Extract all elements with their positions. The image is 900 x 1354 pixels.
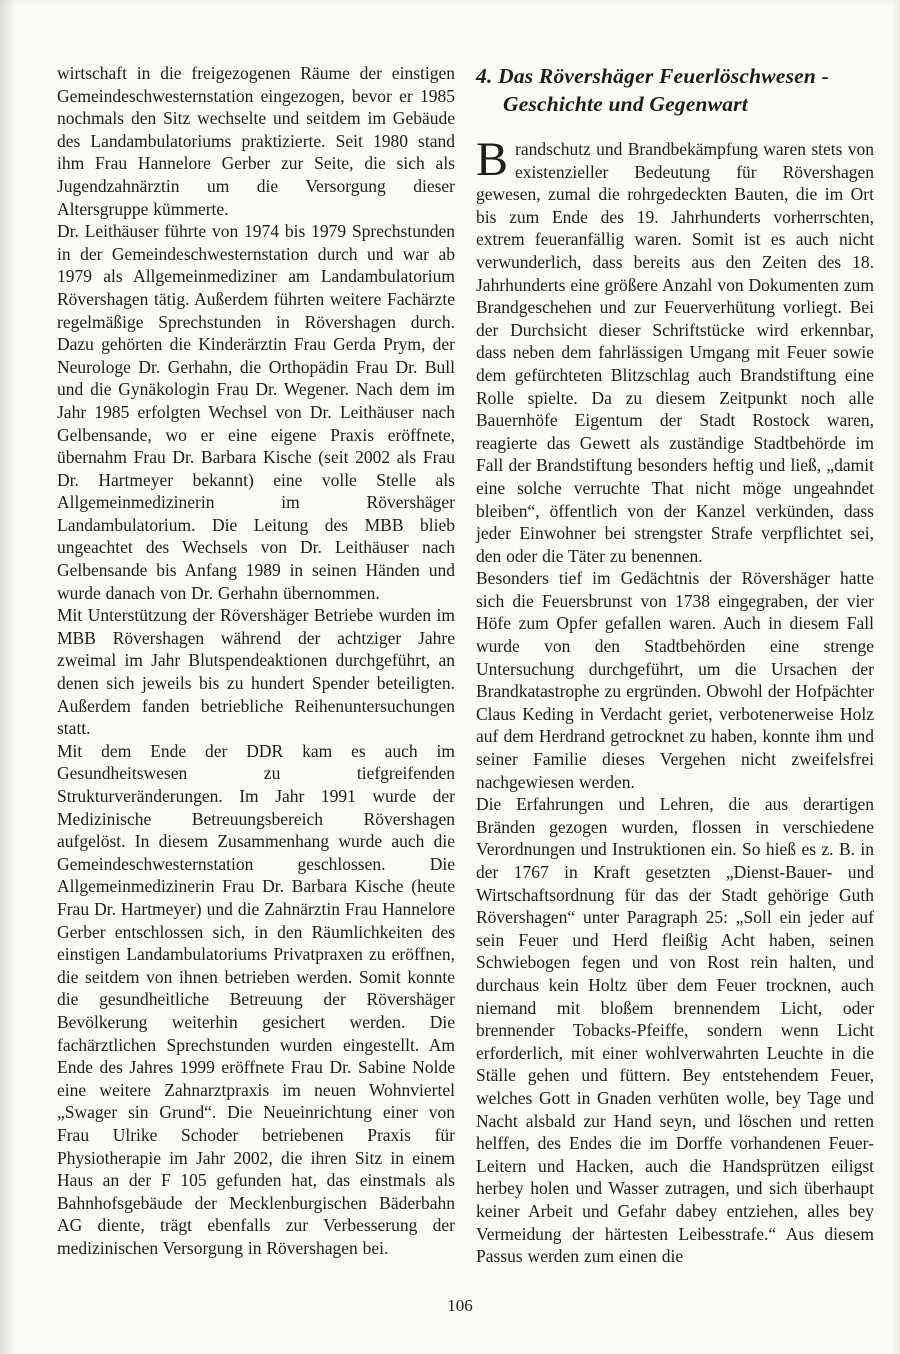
paragraph-text: randschutz und Brandbekämpfung waren ste… — [476, 139, 874, 566]
two-column-layout: wirtschaft in die freigezogenen Räume de… — [0, 0, 900, 1268]
section-heading: 4. Das Rövershäger Feuerlöschwesen - Ges… — [476, 62, 874, 118]
paragraph: wirtschaft in die freigezogenen Räume de… — [57, 62, 455, 220]
drop-cap: B — [476, 138, 515, 179]
page-number: 106 — [20, 1296, 900, 1316]
section-heading-line2: Geschichte und Gegenwart — [476, 90, 874, 118]
right-column: 4. Das Rövershäger Feuerlöschwesen - Ges… — [476, 62, 874, 1268]
scanned-book-page: wirtschaft in die freigezogenen Räume de… — [0, 0, 900, 1354]
section-heading-line1: 4. Das Rövershäger Feuerlöschwesen - — [476, 62, 874, 90]
paragraph-with-dropcap: Brandschutz und Brandbekämpfung waren st… — [476, 138, 874, 567]
paragraph: Mit dem Ende der DDR kam es auch im Gesu… — [57, 740, 455, 1260]
left-column: wirtschaft in die freigezogenen Räume de… — [57, 62, 455, 1268]
paragraph: Die Erfahrungen und Lehren, die aus dera… — [476, 793, 874, 1267]
paragraph: Besonders tief im Gedächtnis der Röversh… — [476, 567, 874, 793]
paragraph: Mit Unterstützung der Rövershäger Betrie… — [57, 604, 455, 740]
paragraph: Dr. Leithäuser führte von 1974 bis 1979 … — [57, 220, 455, 604]
